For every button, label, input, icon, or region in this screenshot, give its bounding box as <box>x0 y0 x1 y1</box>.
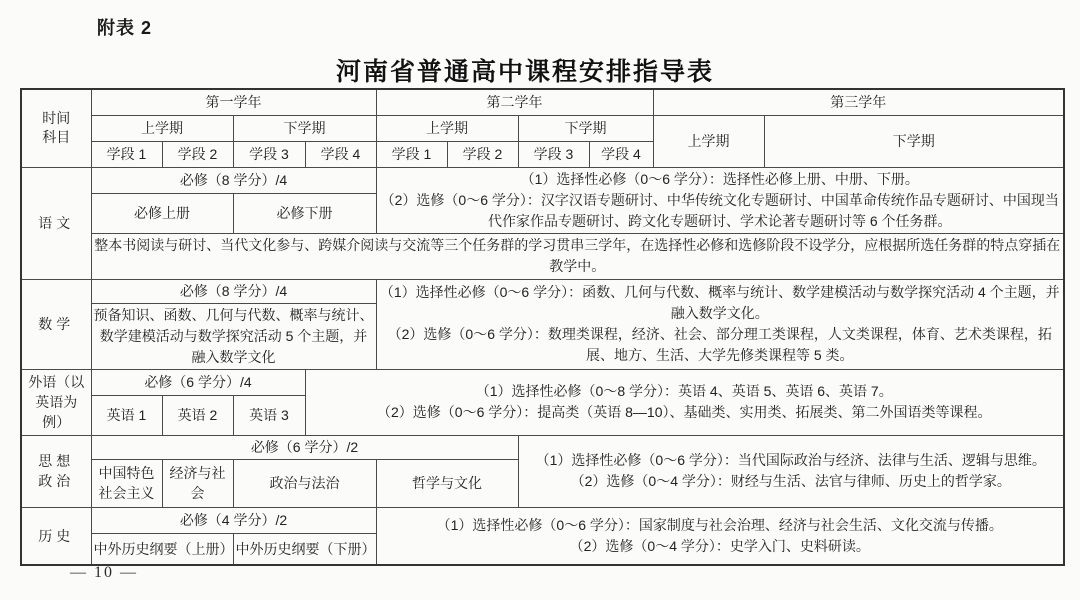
year2-sem2-header: 下学期 <box>518 115 653 141</box>
page-number: — 10 — <box>70 564 138 582</box>
politics-elective-line2: （2）选修（0～4 学分）：财经与生活、法官与律师、历史上的哲学家。 <box>521 471 1062 492</box>
subject-cell-chinese: 语文 <box>21 167 91 279</box>
english-elective-line1: （1）选择性必修（0～8 学分）：英语 4、英语 5、英语 6、英语 7。 <box>308 381 1062 402</box>
politics-subject-label: 思想政治 <box>36 451 76 491</box>
y1-stage3-header: 学段 3 <box>233 141 305 167</box>
page-title: 河南省普通高中课程安排指导表 <box>20 52 1030 88</box>
corner-time-label: 时间 <box>24 109 89 128</box>
english-book1-cell: 英语 1 <box>91 395 162 435</box>
y2-stage1-header: 学段 1 <box>376 141 447 167</box>
year1-sem1-header: 上学期 <box>91 115 233 141</box>
year2-sem1-header: 上学期 <box>376 115 518 141</box>
subject-cell-politics: 思想政治 <box>21 435 91 507</box>
curriculum-table: 时间 科目 第一学年 第二学年 第三学年 上学期 下学期 上学期 下学期 上学期… <box>20 88 1065 566</box>
corner-subject-label: 科目 <box>24 128 89 147</box>
year3-sem1-header: 上学期 <box>653 115 764 167</box>
y2-stage2-header: 学段 2 <box>447 141 518 167</box>
politics-elective-cell: （1）选择性必修（0～6 学分）：当代国际政治与经济、法律与生活、逻辑与思维。 … <box>518 435 1064 507</box>
politics-module2-cell: 经济与社会 <box>162 459 233 507</box>
header-row-years: 时间 科目 第一学年 第二学年 第三学年 <box>21 89 1064 115</box>
english-book2-cell: 英语 2 <box>162 395 233 435</box>
math-content-cell: 预备知识、函数、几何与代数、概率与统计、数学建模活动与数学探究活动 5 个主题，… <box>91 303 376 369</box>
chinese-vol1-cell: 必修上册 <box>91 194 233 233</box>
politics-required-cell: 必修（6 学分）/2 <box>91 435 518 459</box>
y2-stage3-header: 学段 3 <box>518 141 589 167</box>
chinese-note-cell: 整本书阅读与研讨、当代文化参与、跨媒介阅读与交流等三个任务群的学习贯串三学年，在… <box>91 233 1064 279</box>
math-required-cell: 必修（8 学分）/4 <box>91 279 376 303</box>
corner-cell-time-subject: 时间 科目 <box>21 89 91 167</box>
politics-elective-line1: （1）选择性必修（0～6 学分）：当代国际政治与经济、法律与生活、逻辑与思维。 <box>521 450 1062 471</box>
math-elective-line2: （2）选修（0～6 学分）：数理类课程，经济、社会、部分理工类课程，人文类课程，… <box>379 324 1062 366</box>
english-row-required: 外语（以英语为例） 必修（6 学分）/4 （1）选择性必修（0～8 学分）：英语… <box>21 369 1064 395</box>
chinese-row-note: 整本书阅读与研讨、当代文化参与、跨媒介阅读与交流等三个任务群的学习贯串三学年，在… <box>21 233 1064 279</box>
year2-header: 第二学年 <box>376 89 653 115</box>
header-row-semesters: 上学期 下学期 上学期 下学期 上学期 下学期 <box>21 115 1064 141</box>
chinese-elective-line1: （1）选择性必修（0～6 学分）：选择性必修上册、中册、下册。 <box>379 169 1062 190</box>
chinese-vol2-cell: 必修下册 <box>233 194 376 233</box>
y1-stage1-header: 学段 1 <box>91 141 162 167</box>
english-book3-cell: 英语 3 <box>233 395 305 435</box>
chinese-row-required: 语文 必修（8 学分）/4 （1）选择性必修（0～6 学分）：选择性必修上册、中… <box>21 167 1064 194</box>
english-elective-line2: （2）选修（0～6 学分）：提高类（英语 8—10）、基础类、实用类、拓展类、第… <box>308 402 1062 423</box>
y2-stage4-header: 学段 4 <box>589 141 653 167</box>
year3-header: 第三学年 <box>653 89 1064 115</box>
chinese-required-cell: 必修（8 学分）/4 <box>91 167 376 194</box>
politics-module1-cell: 中国特色社会主义 <box>91 459 162 507</box>
history-elective-line2: （2）选修（0～4 学分）：史学入门、史料研读。 <box>379 536 1062 557</box>
history-elective-cell: （1）选择性必修（0～6 学分）：国家制度与社会治理、经济与社会生活、文化交流与… <box>376 507 1064 565</box>
english-elective-cell: （1）选择性必修（0～8 学分）：英语 4、英语 5、英语 6、英语 7。 （2… <box>305 369 1064 435</box>
subject-cell-english: 外语（以英语为例） <box>21 369 91 435</box>
chinese-elective-cell: （1）选择性必修（0～6 学分）：选择性必修上册、中册、下册。 （2）选修（0～… <box>376 167 1064 233</box>
history-required-cell: 必修（4 学分）/2 <box>91 507 376 533</box>
history-vol2-cell: 中外历史纲要（下册） <box>233 533 376 565</box>
history-row-required: 历史 必修（4 学分）/2 （1）选择性必修（0～6 学分）：国家制度与社会治理… <box>21 507 1064 533</box>
y1-stage4-header: 学段 4 <box>305 141 376 167</box>
math-elective-cell: （1）选择性必修（0～6 学分）：函数、几何与代数、概率与统计、数学建模活动与数… <box>376 279 1064 369</box>
year1-header: 第一学年 <box>91 89 376 115</box>
subject-cell-math: 数学 <box>21 279 91 369</box>
year3-sem2-header: 下学期 <box>764 115 1064 167</box>
history-vol1-cell: 中外历史纲要（上册） <box>91 533 233 565</box>
chinese-elective-line2: （2）选修（0～6 学分）：汉字汉语专题研讨、中华传统文化专题研讨、中国革命传统… <box>379 190 1062 232</box>
politics-module4-cell: 哲学与文化 <box>376 459 518 507</box>
math-row-required: 数学 必修（8 学分）/4 （1）选择性必修（0～6 学分）：函数、几何与代数、… <box>21 279 1064 303</box>
politics-module3-cell: 政治与法治 <box>233 459 376 507</box>
history-elective-line1: （1）选择性必修（0～6 学分）：国家制度与社会治理、经济与社会生活、文化交流与… <box>379 515 1062 536</box>
y1-stage2-header: 学段 2 <box>162 141 233 167</box>
year1-sem2-header: 下学期 <box>233 115 376 141</box>
appendix-label: 附表 2 <box>97 14 152 40</box>
subject-cell-history: 历史 <box>21 507 91 565</box>
math-elective-line1: （1）选择性必修（0～6 学分）：函数、几何与代数、概率与统计、数学建模活动与数… <box>379 282 1062 324</box>
politics-row-required: 思想政治 必修（6 学分）/2 （1）选择性必修（0～6 学分）：当代国际政治与… <box>21 435 1064 459</box>
english-required-cell: 必修（6 学分）/4 <box>91 369 305 395</box>
